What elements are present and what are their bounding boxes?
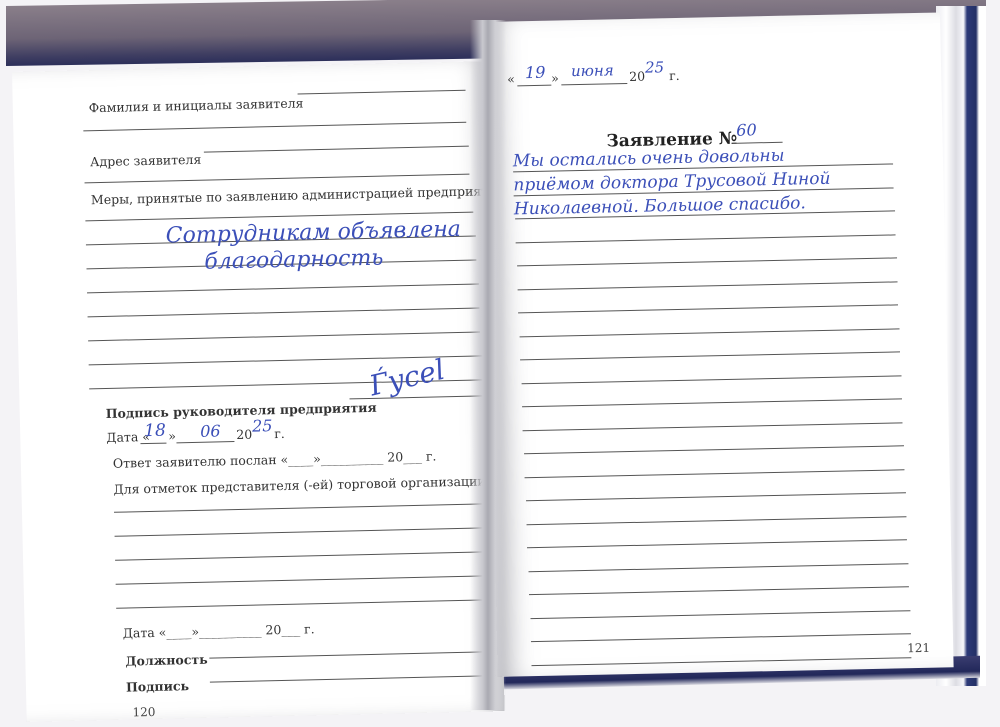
statement-ruled-line: [523, 422, 903, 431]
statement-ruled-line: [516, 234, 896, 243]
right-page: « 19 » июня 20 25 г. Заявление № 60 Мы о…: [484, 12, 954, 676]
position-label: Должность: [125, 652, 208, 669]
manager-signature-line: [349, 395, 483, 399]
applicant-address-line-2: [85, 174, 470, 184]
statement-ruled-line: [520, 351, 900, 360]
date-month: июня: [571, 61, 614, 80]
statement-ruled-line: [530, 610, 910, 619]
statement-ruled-line: [527, 539, 907, 548]
statement-ruled-line: [526, 492, 906, 501]
scanned-book-spread: Фамилия и инициалы заявителя Адрес заяви…: [0, 0, 1000, 727]
date-day-line: [517, 85, 551, 87]
trade-rep-line-3: [115, 551, 491, 561]
left-page: Фамилия и инициалы заявителя Адрес заяви…: [12, 61, 505, 722]
statement-ruled-line: [525, 469, 905, 478]
date-open-quote: «: [507, 71, 515, 86]
measures-handwritten-line-2: благодарность: [204, 246, 383, 275]
date-day: 18: [144, 421, 166, 441]
date-close-quote: »: [551, 70, 559, 85]
applicant-name-line-2: [83, 122, 466, 132]
book-spine-gutter: [470, 20, 506, 710]
statement-ruled-line: [522, 398, 902, 407]
page-number-left: 120: [132, 705, 155, 720]
date-year-label: г.: [274, 426, 285, 441]
statement-ruled-line: [531, 633, 911, 642]
date-day: 19: [525, 63, 546, 82]
date-month-line: [561, 83, 627, 85]
page-number-right: 121: [907, 641, 930, 655]
date-close-quote: »: [168, 428, 176, 443]
date-year-prefix: 20: [629, 69, 645, 84]
statement-ruled-line: [532, 657, 912, 666]
date-month-line: [176, 441, 234, 443]
trade-rep-line-4: [116, 575, 492, 585]
date-year-prefix: 20: [236, 427, 252, 442]
date-year-suffix: 25: [645, 58, 664, 76]
applicant-address-line: [204, 146, 469, 153]
statement-ruled-line: [518, 304, 898, 313]
manager-signature-label: Подпись руководителя предприятия: [106, 400, 377, 421]
measures-handwritten-line-1: Сотрудникам объявлена: [165, 217, 461, 249]
signature-label: Подпись: [126, 678, 189, 694]
statement-ruled-line: [528, 563, 908, 572]
signature-line: [210, 675, 496, 682]
second-date-label: Дата «____»__________ 20___ г.: [123, 621, 315, 640]
manager-signature: Ѓусеl: [366, 353, 448, 403]
trade-rep-line-2: [115, 527, 491, 537]
statement-number: 60: [736, 120, 757, 139]
measures-line-4: [87, 283, 479, 293]
measures-label: Меры, принятые по заявлению администраци…: [91, 183, 509, 207]
measures-line-5: [88, 307, 480, 317]
statement-number-line: [733, 142, 783, 144]
statement-ruled-line: [527, 516, 907, 525]
date-day-line: [140, 443, 166, 445]
statement-ruled-line: [529, 586, 909, 595]
position-line: [209, 651, 495, 658]
statement-ruled-line: [519, 328, 899, 337]
statement-ruled-line: [524, 445, 904, 454]
applicant-address-label: Адрес заявителя: [90, 152, 202, 170]
trade-rep-label: Для отметок представителя (-ей) торговой…: [113, 473, 486, 496]
date-year-label: г.: [669, 68, 680, 83]
applicant-name-line: [298, 90, 466, 95]
statement-ruled-line: [518, 281, 898, 290]
statement-ruled-line: [521, 375, 901, 384]
trade-rep-line-5: [116, 599, 492, 609]
trade-rep-line-1: [114, 503, 490, 513]
measures-line-6: [88, 331, 480, 341]
reply-sent-label: Ответ заявителю послан «____»__________ …: [113, 448, 437, 470]
applicant-name-label: Фамилия и инициалы заявителя: [89, 95, 304, 115]
statement-ruled-line: [517, 257, 897, 266]
date-month: 06: [200, 421, 221, 440]
date-year-suffix: 25: [252, 416, 273, 435]
